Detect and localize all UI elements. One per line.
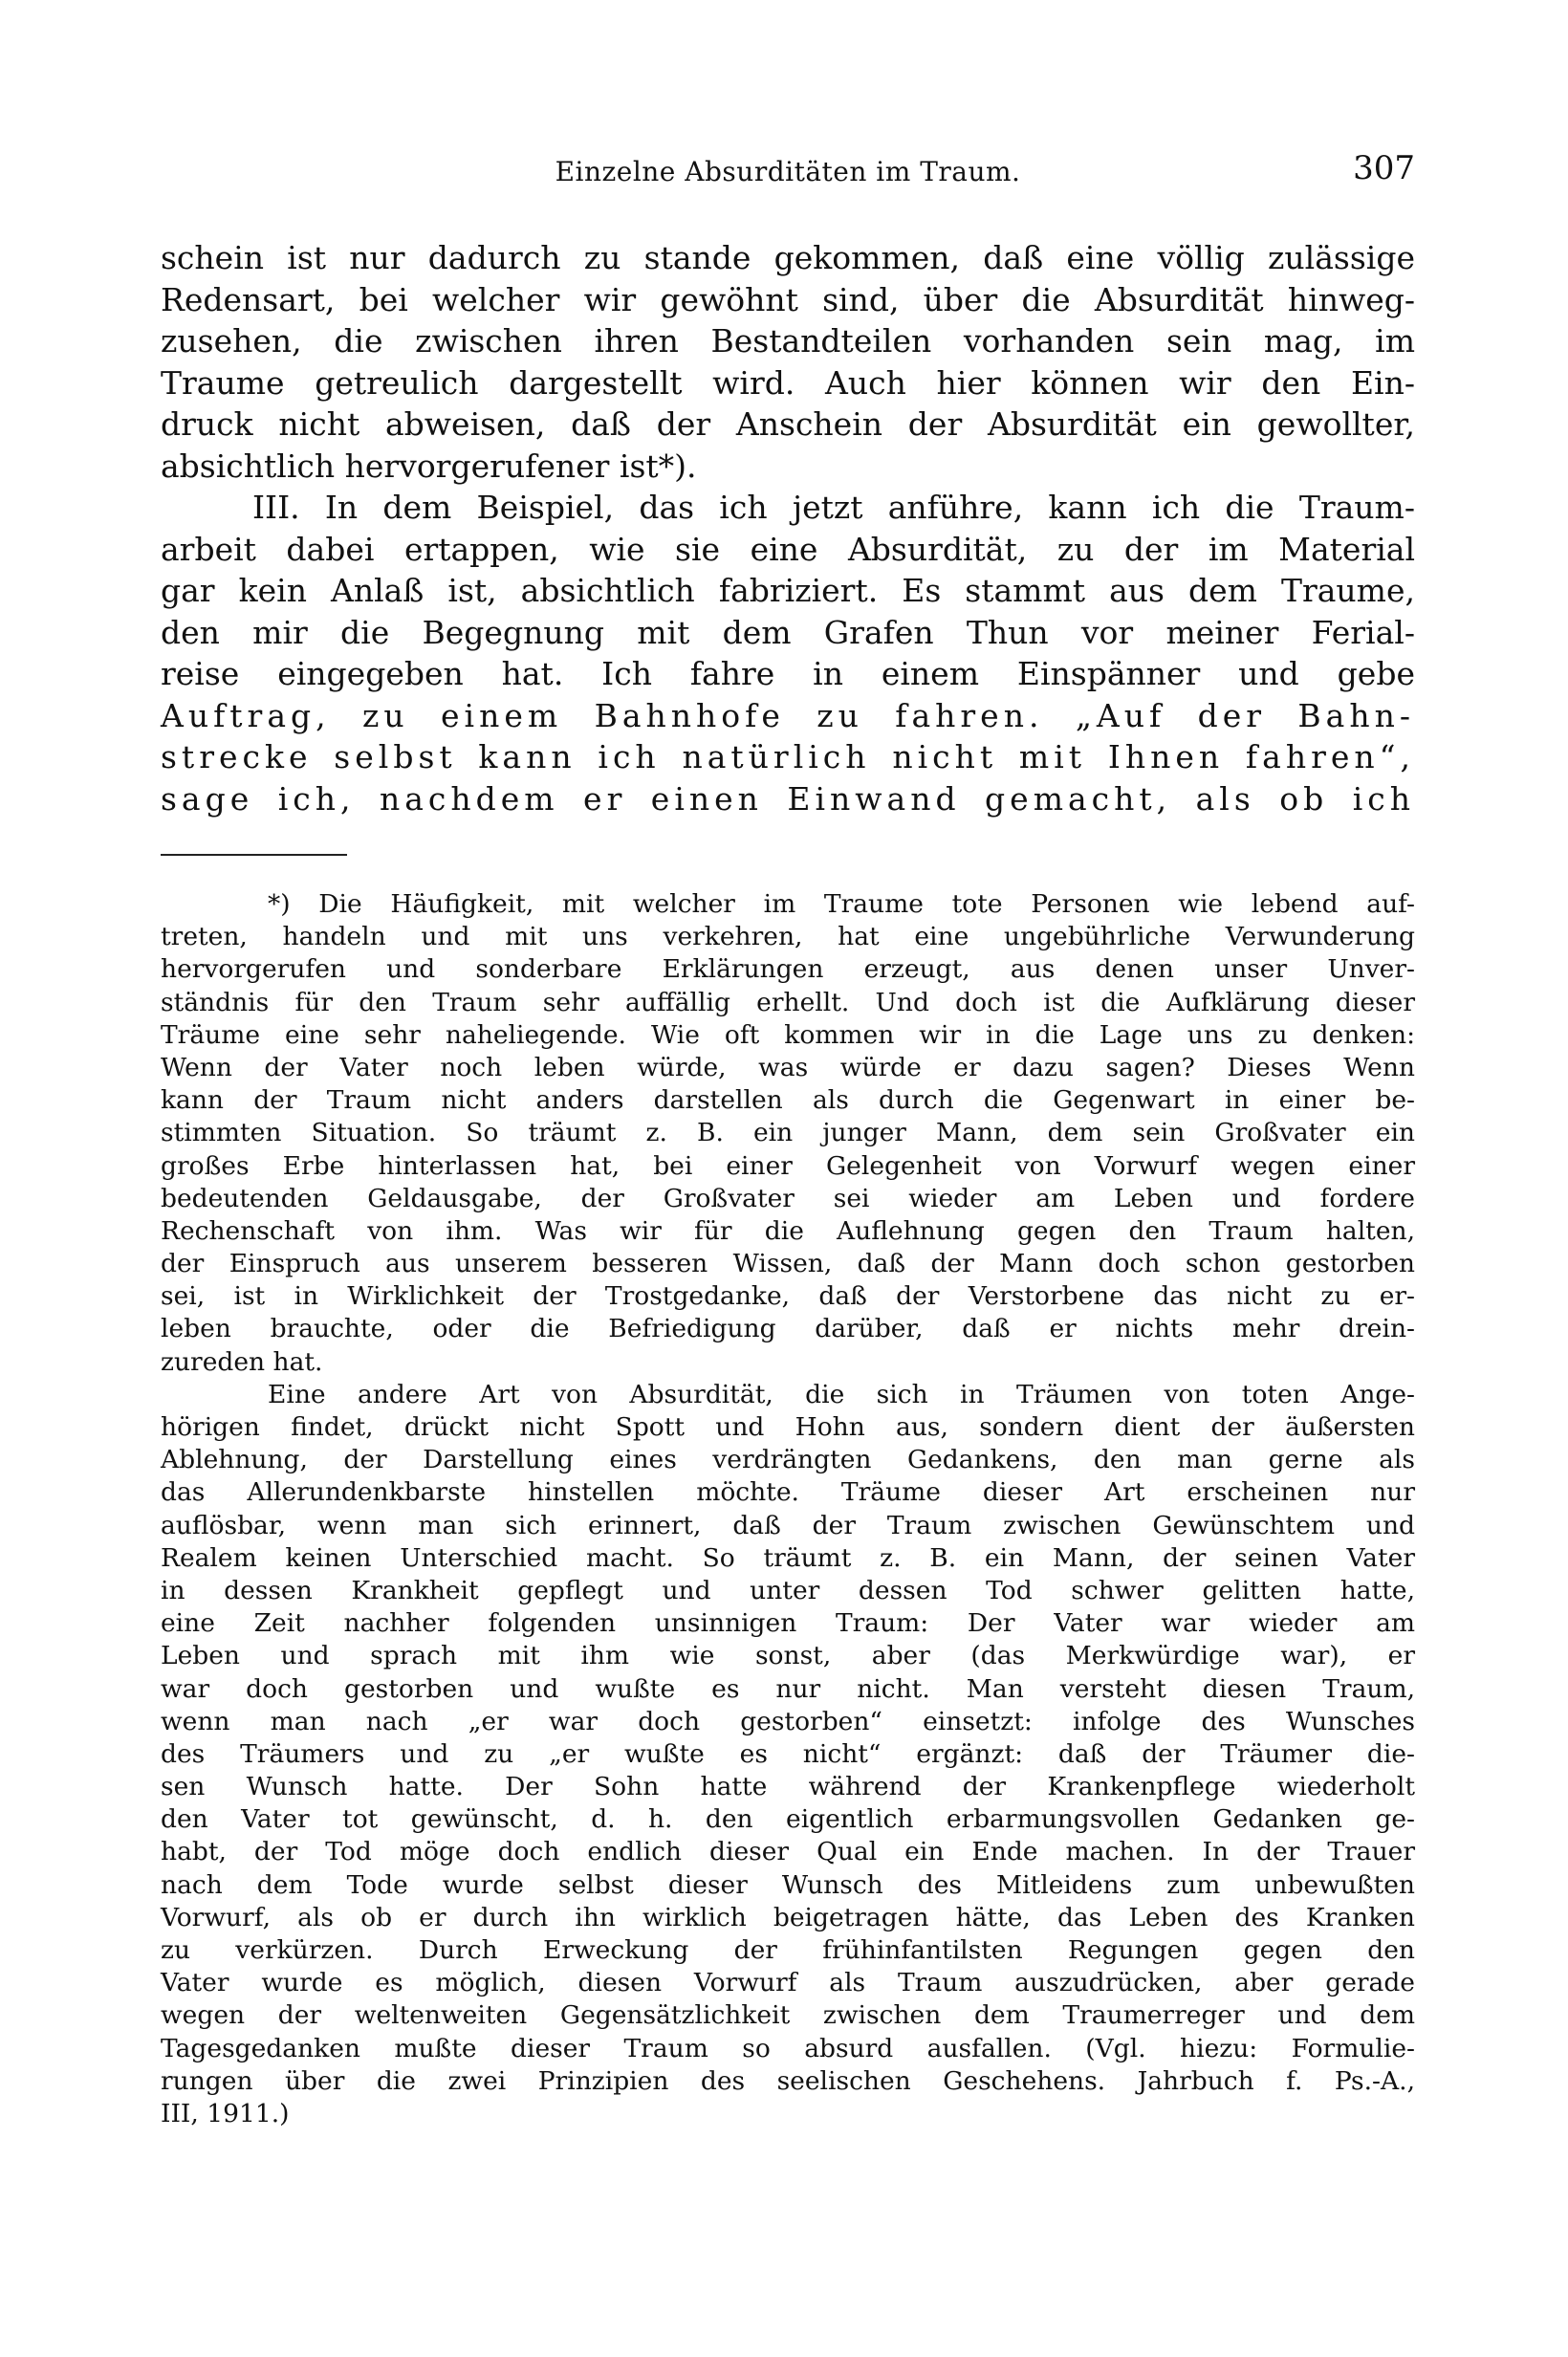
footnote-divider (161, 854, 347, 856)
text-line: kann der Traum nicht anders darstellen a… (161, 1084, 1415, 1117)
running-title: Einzelne Absurditäten im Traum. (161, 153, 1415, 191)
text-line: *) Die Häufigkeit, mit welcher im Traume… (161, 888, 1415, 921)
text-line: arbeit dabei ertappen, wie sie eine Absu… (161, 529, 1415, 571)
text-line: Vater wurde es möglich, diesen Vorwurf a… (161, 1967, 1415, 1999)
text-line: auflösbar, wenn man sich erinnert, daß d… (161, 1510, 1415, 1542)
text-line: reise eingegeben hat. Ich fahre in einem… (161, 653, 1415, 695)
page-number: 307 (1353, 149, 1415, 187)
text-line: absichtlich hervorgerufener ist*). (161, 446, 1415, 488)
text-line: das Allerundenkbarste hinstellen möchte.… (161, 1476, 1415, 1509)
footnote: *) Die Häufigkeit, mit welcher im Traume… (161, 888, 1415, 2130)
text-line: großes Erbe hinterlassen hat, bei einer … (161, 1150, 1415, 1183)
text-line: den Vater tot gewünscht, d. h. den eigen… (161, 1803, 1415, 1836)
text-line: hörigen findet, drückt nicht Spott und H… (161, 1411, 1415, 1444)
text-line: Redensart, bei welcher wir gewöhnt sind,… (161, 279, 1415, 321)
text-line: wenn man nach „er war doch gestorben“ ei… (161, 1706, 1415, 1738)
text-line: Träume eine sehr naheliegende. Wie oft k… (161, 1019, 1415, 1052)
text-line: gar kein Anlaß ist, absichtlich fabrizie… (161, 570, 1415, 612)
text-line: der Einspruch aus unserem besseren Wisse… (161, 1248, 1415, 1280)
text-line: Traume getreulich dargestellt wird. Auch… (161, 362, 1415, 404)
text-line: sei, ist in Wirklichkeit der Trostgedank… (161, 1280, 1415, 1313)
text-line: nach dem Tode wurde selbst dieser Wunsch… (161, 1869, 1415, 1902)
text-line: rungen über die zwei Prinzipien des seel… (161, 2065, 1415, 2098)
text-line: Ablehnung, der Darstellung eines verdrän… (161, 1444, 1415, 1476)
text-line: habt, der Tod möge doch endlich dieser Q… (161, 1836, 1415, 1868)
text-line: zureden hat. (161, 1346, 1415, 1379)
text-line: eine Zeit nachher folgenden unsinnigen T… (161, 1607, 1415, 1640)
text-line: III. In dem Beispiel, das ich jetzt anfü… (161, 487, 1415, 529)
text-line: Tagesgedanken mußte dieser Traum so absu… (161, 2033, 1415, 2065)
text-line: druck nicht abweisen, daß der Anschein d… (161, 404, 1415, 446)
text-line: III, 1911.) (161, 2098, 1415, 2130)
text-line: sage ich, nachdem er einen Einwand gemac… (161, 778, 1415, 820)
text-line: hervorgerufen und sonderbare Erklärungen… (161, 953, 1415, 986)
text-line: zusehen, die zwischen ihren Bestandteile… (161, 320, 1415, 362)
text-line: des Träumers und zu „er wußte es nicht“ … (161, 1738, 1415, 1771)
text-line: in dessen Krankheit gepflegt und unter d… (161, 1575, 1415, 1607)
text-line: Realem keinen Unterschied macht. So träu… (161, 1542, 1415, 1575)
text-line: Auftrag, zu einem Bahnhofe zu fahren. „A… (161, 695, 1415, 737)
text-line: leben brauchte, oder die Befriedigung da… (161, 1313, 1415, 1345)
text-line: stimmten Situation. So träumt z. B. ein … (161, 1117, 1415, 1149)
text-line: strecke selbst kann ich natürlich nicht … (161, 736, 1415, 778)
text-line: wegen der weltenweiten Gegensätzlichkeit… (161, 1999, 1415, 2032)
text-line: zu verkürzen. Durch Erweckung der frühin… (161, 1934, 1415, 1967)
text-line: war doch gestorben und wußte es nur nich… (161, 1673, 1415, 1706)
text-line: Leben und sprach mit ihm wie sonst, aber… (161, 1640, 1415, 1672)
text-line: bedeutenden Geldausgabe, der Großvater s… (161, 1183, 1415, 1215)
running-head: Einzelne Absurditäten im Traum. 307 (161, 153, 1415, 191)
text-line: Wenn der Vater noch leben würde, was wür… (161, 1052, 1415, 1084)
text-line: sen Wunsch hatte. Der Sohn hatte während… (161, 1771, 1415, 1803)
main-text: schein ist nur dadurch zu stande gekomme… (161, 237, 1415, 819)
text-line: treten, handeln und mit uns verkehren, h… (161, 921, 1415, 953)
text-line: Rechenschaft von ihm. Was wir für die Au… (161, 1215, 1415, 1248)
text-line: den mir die Begegnung mit dem Grafen Thu… (161, 612, 1415, 654)
text-line: schein ist nur dadurch zu stande gekomme… (161, 237, 1415, 279)
text-line: Eine andere Art von Absurdität, die sich… (161, 1379, 1415, 1411)
text-line: ständnis für den Traum sehr auffällig er… (161, 987, 1415, 1019)
text-line: Vorwurf, als ob er durch ihn wirklich be… (161, 1902, 1415, 1934)
